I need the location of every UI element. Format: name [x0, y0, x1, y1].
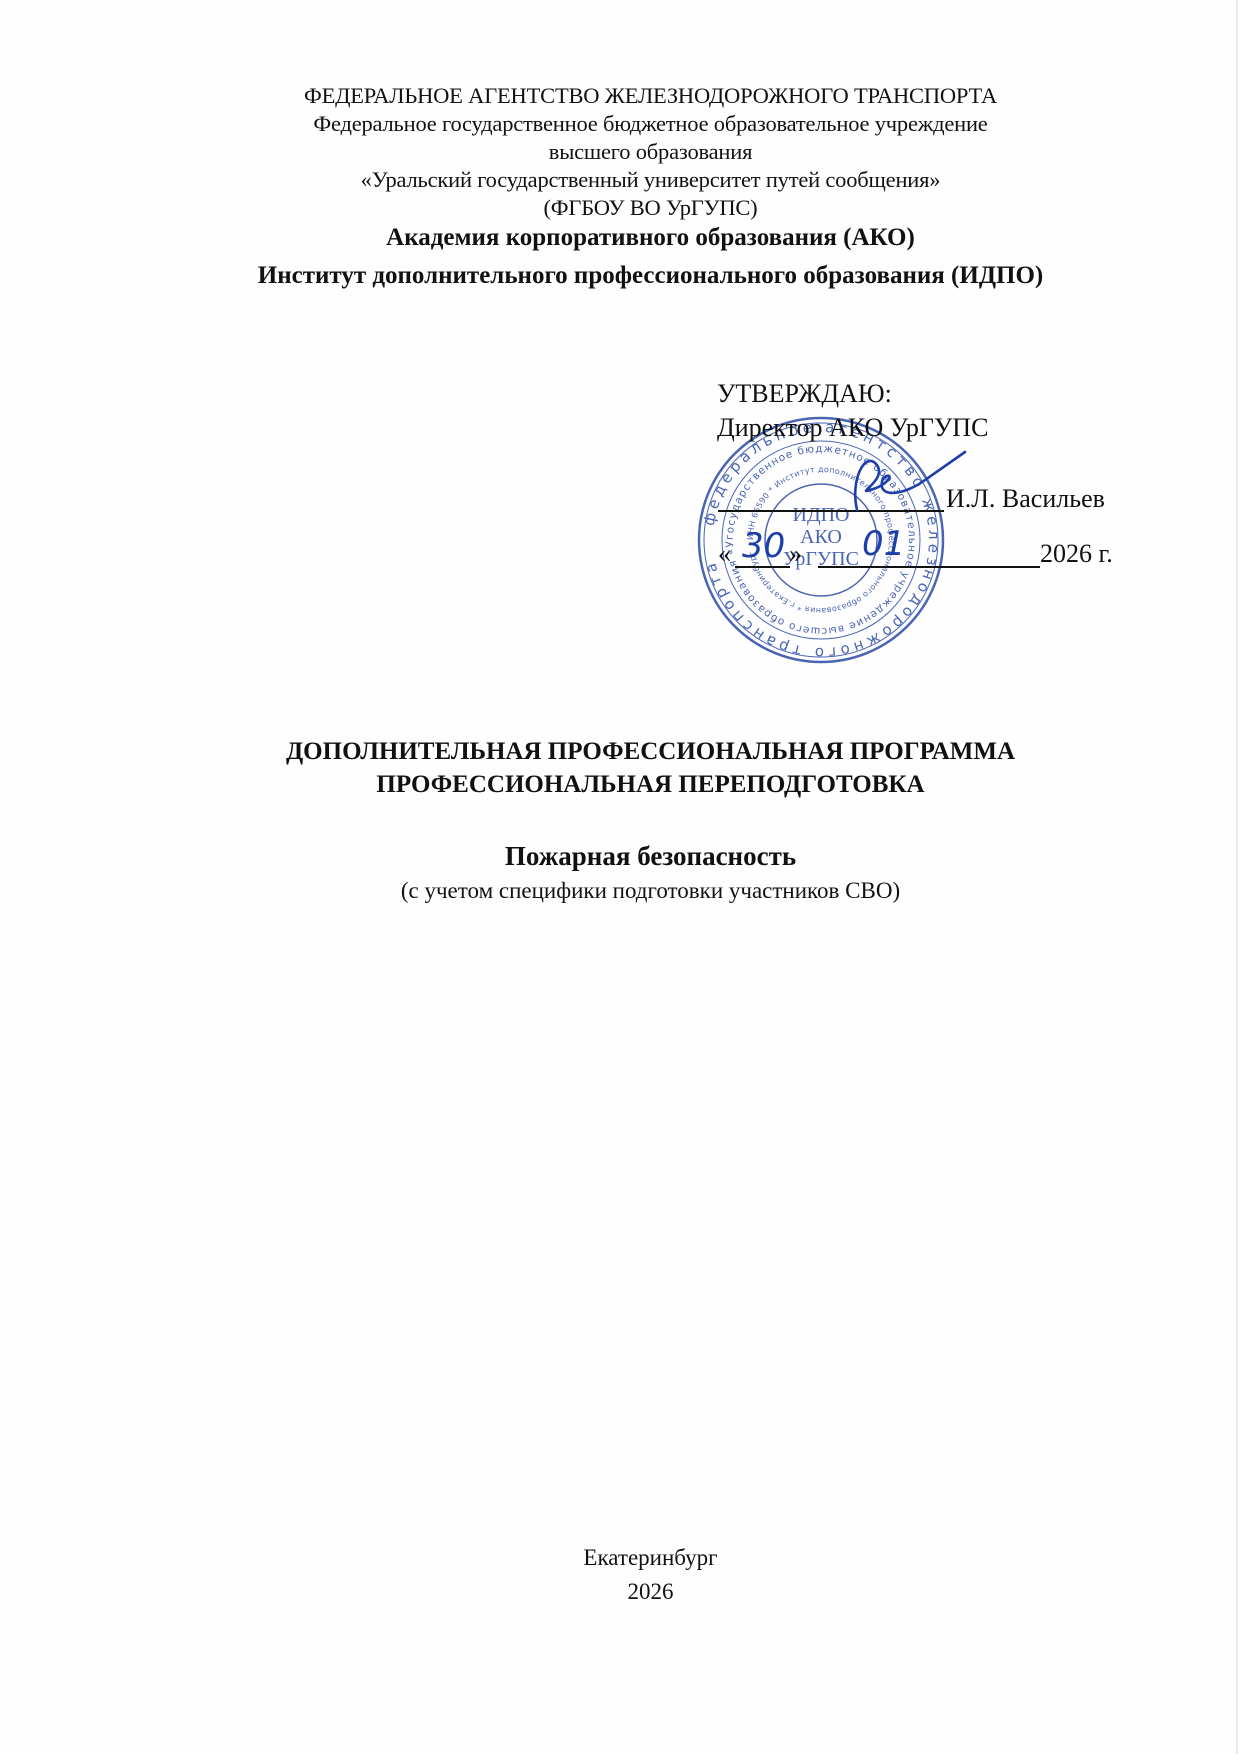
institution-type-line1: Федеральное государственное бюджетное об… [30, 110, 1241, 138]
program-name: Пожарная безопасность [30, 839, 1241, 873]
date-year: 2026 г. [1040, 538, 1113, 570]
date-day-line [735, 566, 790, 568]
city: Екатеринбург [30, 1541, 1241, 1575]
university-name: «Уральский государственный университет п… [30, 166, 1241, 194]
institute-name: Институт дополнительного профессионально… [30, 260, 1241, 292]
date-open-quote: « [718, 538, 731, 570]
academy-name: Академия корпоративного образования (АКО… [30, 222, 1241, 254]
program-kind-title: ПРОФЕССИОНАЛЬНАЯ ПЕРЕПОДГОТОВКА [30, 769, 1241, 801]
agency-name: ФЕДЕРАЛЬНОЕ АГЕНТСТВО ЖЕЛЕЗНОДОРОЖНОГО Т… [30, 82, 1241, 110]
program-type-title: ДОПОЛНИТЕЛЬНАЯ ПРОФЕССИОНАЛЬНАЯ ПРОГРАММ… [30, 736, 1241, 768]
date-month-line [818, 566, 1040, 568]
university-abbreviation: (ФГБОУ ВО УрГУПС) [30, 194, 1241, 222]
document-page: ФЕДЕРАЛЬНОЕ АГЕНТСТВО ЖЕЛЕЗНОДОРОЖНОГО Т… [0, 0, 1241, 1754]
institution-type-line2: высшего образования [30, 138, 1241, 166]
date-close-quote: » [789, 538, 802, 570]
program-note: (с учетом специфики подготовки участнико… [30, 876, 1241, 906]
year: 2026 [30, 1575, 1241, 1609]
stamp-center-ako: АКО [800, 526, 842, 548]
date-month-handwritten: 01 [862, 527, 905, 561]
date-day-handwritten: 30 [742, 529, 785, 563]
approval-heading: УТВЕРЖДАЮ: [717, 378, 892, 410]
signatory-name: И.Л. Васильев [946, 483, 1105, 515]
